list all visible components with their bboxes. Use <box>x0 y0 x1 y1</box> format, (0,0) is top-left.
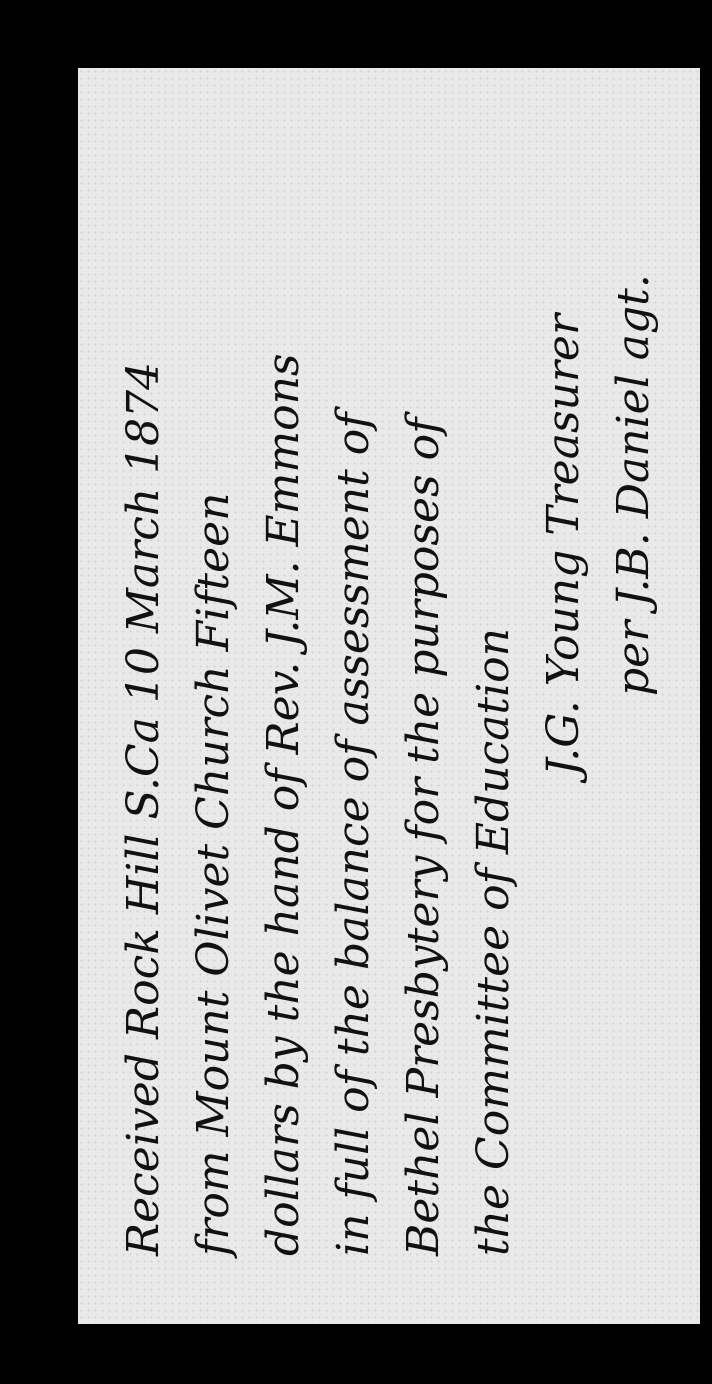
line-4: in full of the balance of assessment of <box>319 96 389 1296</box>
signature-line: J.G. Young Treasurer <box>529 96 599 1296</box>
handwritten-text: Received Rock Hill S.Ca 10 March 1874 fr… <box>109 96 669 1296</box>
line-5: Bethel Presbytery for the purposes of <box>389 96 459 1296</box>
document-page: Received Rock Hill S.Ca 10 March 1874 fr… <box>78 68 700 1324</box>
line-1: Received Rock Hill S.Ca 10 March 1874 <box>109 96 179 1296</box>
agent-line: per J.B. Daniel agt. <box>599 96 669 1296</box>
line-3: dollars by the hand of Rev. J.M. Emmons <box>249 96 319 1296</box>
line-2: from Mount Olivet Church Fifteen <box>179 96 249 1296</box>
line-6: the Committee of Education <box>459 96 529 1296</box>
